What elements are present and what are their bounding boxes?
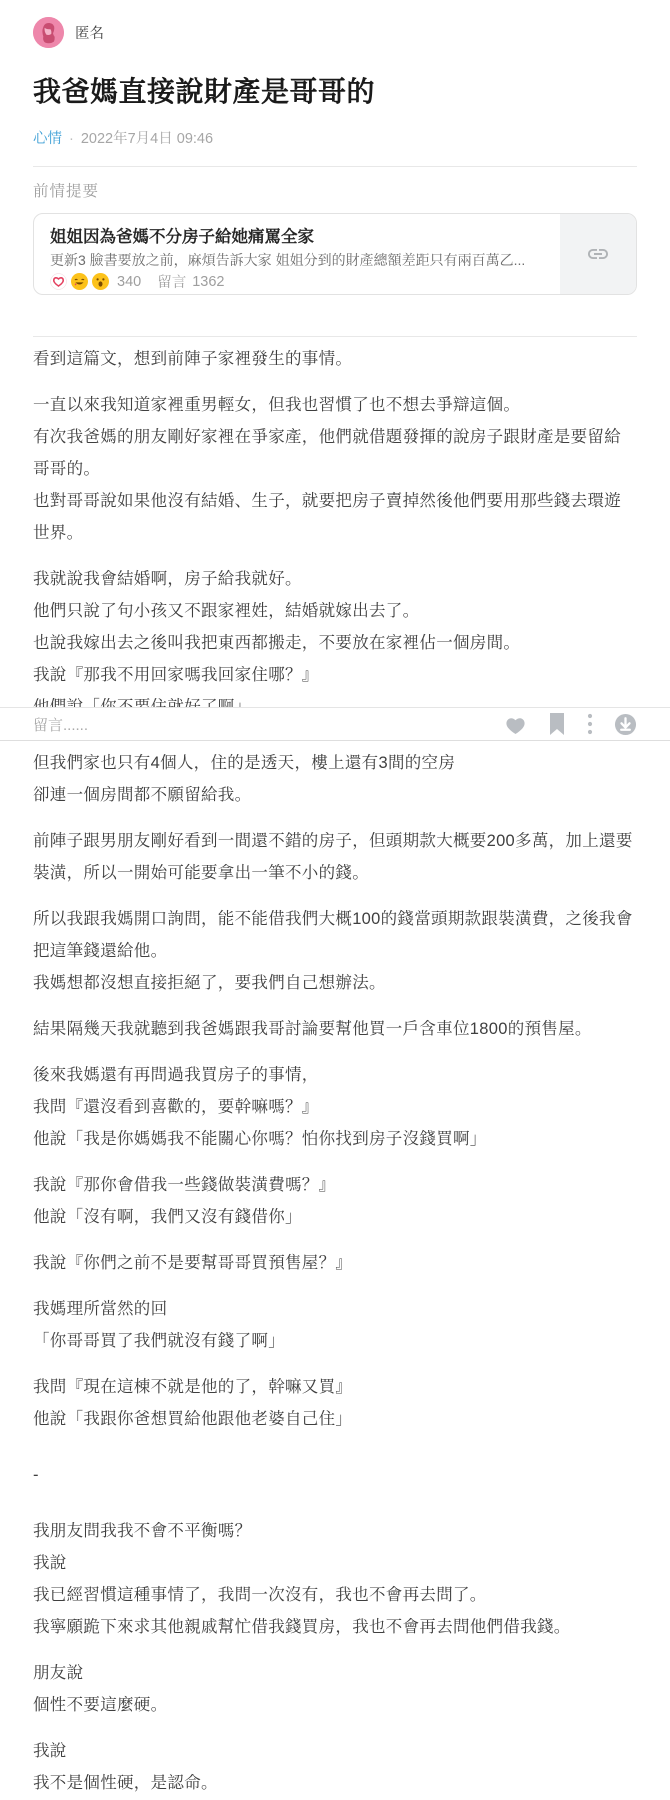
article-paragraph: 我朋友問我我不會不平衡嗎？我說我已經習慣這種事情了，我問一次沒有，我也不會再去問… (33, 1515, 637, 1643)
comment-bar-actions (504, 713, 637, 736)
link-icon (586, 242, 610, 266)
article-paragraph: 結果隔幾天我就聽到我爸媽跟我哥討論要幫他買一戶含車位1800的預售屋。 (33, 1013, 637, 1045)
article-paragraph: 前陣子跟男朋友剛好看到一間還不錯的房子，但頭期款大概要200多萬，加上還要裝潢，… (33, 825, 637, 889)
post-title: 我爸媽直接說財產是哥哥的 (33, 73, 637, 110)
comment-input[interactable]: 留言...... (33, 714, 504, 735)
post-timestamp: 2022年7月4日 09:46 (81, 129, 213, 149)
article-paragraph: 我說我不是個性硬，是認命。 (33, 1735, 637, 1799)
article-paragraph: 一直以來我知道家裡重男輕女，但我也習慣了也不想去爭辯這個。有次我爸媽的朋友剛好家… (33, 389, 637, 549)
haha-reaction-icon (71, 273, 88, 290)
recap-link-card[interactable]: 姐姐因為爸媽不分房子給她痛罵全家 更新3 臉書要放之前，麻煩告訴大家 姐姐分到的… (33, 213, 637, 295)
article-paragraph: 後來我媽還有再問過我買房子的事情，我問『還沒看到喜歡的，要幹嘛嗎？』他說「我是你… (33, 1059, 637, 1155)
card-comment-label: 留言 (157, 271, 186, 292)
like-button[interactable] (504, 714, 527, 735)
article-paragraph: 我就說我會結婚啊，房子給我就好。他們只說了句小孩又不跟家裡姓，結婚就嫁出去了。也… (33, 563, 637, 723)
person-silhouette-icon (33, 17, 64, 48)
recap-card-stats: 340 留言 1362 (50, 271, 544, 293)
bookmark-icon (548, 713, 566, 735)
post-meta: 心情 · 2022年7月4日 09:46 (33, 129, 637, 149)
comment-bar: 留言...... (0, 707, 670, 741)
article-paragraph: 我說『你們之前不是要幫哥哥買預售屋？』 (33, 1247, 637, 1279)
article-paragraph: - (33, 1459, 637, 1491)
download-button[interactable] (614, 713, 637, 736)
heart-icon (504, 714, 527, 735)
author-row: 匿名 (33, 17, 637, 48)
recap-label: 前情提要 (33, 181, 637, 202)
topic-link[interactable]: 心情 (33, 129, 62, 149)
anonymous-avatar (33, 17, 64, 48)
post-page: 匿名 我爸媽直接說財產是哥哥的 心情 · 2022年7月4日 09:46 前情提… (0, 17, 670, 1799)
reaction-count: 340 (117, 274, 141, 290)
kebab-menu-icon (587, 713, 593, 735)
article-paragraph: 我媽理所當然的回「你哥哥買了我們就沒有錢了啊」 (33, 1293, 637, 1357)
article-paragraph: 但我們家也只有4個人，住的是透天，樓上還有3間的空房卻連一個房間都不願留給我。 (33, 747, 637, 811)
wow-reaction-icon (92, 273, 109, 290)
article-paragraph: 所以我跟我媽開口詢問，能不能借我們大概100的錢當頭期款跟裝潢費，之後我會把這筆… (33, 903, 637, 999)
author-name: 匿名 (75, 22, 104, 43)
more-button[interactable] (587, 713, 593, 735)
recap-card-side (560, 214, 636, 294)
heart-reaction-icon (50, 273, 67, 290)
recap-card-title: 姐姐因為爸媽不分房子給她痛罵全家 (50, 225, 544, 249)
download-circle-icon (614, 713, 637, 736)
recap-card-excerpt: 更新3 臉書要放之前，麻煩告訴大家 姐姐分到的財產總額差距只有兩百萬乙... (50, 249, 544, 271)
article-paragraph: 看到這篇文，想到前陣子家裡發生的事情。 (33, 343, 637, 375)
recap-card-main: 姐姐因為爸媽不分房子給她痛罵全家 更新3 臉書要放之前，麻煩告訴大家 姐姐分到的… (34, 214, 560, 293)
meta-separator: · (69, 129, 74, 149)
card-comment-count: 1362 (192, 274, 224, 290)
divider (33, 166, 637, 167)
bookmark-button[interactable] (548, 713, 566, 735)
article: 看到這篇文，想到前陣子家裡發生的事情。一直以來我知道家裡重男輕女，但我也習慣了也… (33, 337, 637, 1799)
article-paragraph: 我問『現在這棟不就是他的了，幹嘛又買』他說「我跟你爸想買給他跟他老婆自己住」 (33, 1371, 637, 1435)
article-paragraph: 朋友說個性不要這麼硬。 (33, 1657, 637, 1721)
article-paragraph: 我說『那你會借我一些錢做裝潢費嗎？』他說「沒有啊，我們又沒有錢借你」 (33, 1169, 637, 1233)
